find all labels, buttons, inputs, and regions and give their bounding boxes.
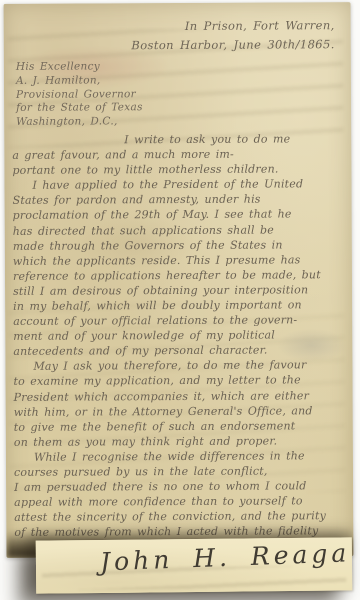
paragraph-request: May I ask you therefore, to do me the fa… [13,358,344,450]
body-line: has directed that such applications shal… [13,222,344,239]
body-line: in my behalf, which will be doubly impor… [13,297,344,314]
body-line: ment and of your knowledge of my politic… [13,327,344,344]
letter-content: In Prison, Fort Warren,Boston Harbor, Ju… [4,2,354,540]
body-line: still I am desirous of obtaining your in… [13,282,344,299]
body-line: account of your official relations to th… [13,312,344,329]
dateline: In Prison, Fort Warren,Boston Harbor, Ju… [12,16,343,56]
body-line: antecedents and of my personal character… [13,342,344,359]
body-line: I am persuaded there is no one to whom I… [14,478,345,495]
body-line: proclamation of the 29th of May. I see t… [13,207,344,224]
paragraph-opening: I write to ask you to do mea great favou… [12,131,343,178]
body-line: made through the Governors of the States… [13,237,344,254]
scanned-letter-photo: In Prison, Fort Warren,Boston Harbor, Ju… [0,0,360,600]
paragraph-application: I have applied to the President of the U… [12,176,344,359]
body-line: a great favour, and a much more im- [12,146,343,163]
body-line: with him, or in the Attorney General's O… [14,403,345,420]
body-line: States for pardon and amnesty, under his [13,191,344,208]
letter-page: In Prison, Fort Warren,Boston Harbor, Ju… [4,2,354,558]
address-line: Washington, D.C., [16,114,343,130]
paragraph-closing: While I recognise the wide differences i… [14,448,345,540]
dateline-line: Boston Harbor, June 30th/1865. [12,35,335,56]
body-line: portant one to my little motherless chil… [12,161,343,178]
body-line: I write to ask you to do me [124,131,343,147]
address-block: His ExcellencyA. J. Hamilton,Provisional… [16,59,343,130]
body-line: reference to applications hereafter to b… [13,267,344,284]
body-line: I have applied to the President of the U… [32,176,343,193]
body-line: to examine my application, and my letter… [13,373,344,390]
letter-body: I write to ask you to do mea great favou… [12,131,345,540]
body-line: which the applicants reside. This I pres… [13,252,344,269]
body-line: President which accompanies it, which ar… [14,388,345,405]
body-line: on them as you may think right and prope… [14,433,345,450]
signature-slip: John H. Reagan [36,537,353,593]
body-line: appeal with more confidence than to your… [14,493,345,510]
body-line: to give me the benefit of such an endors… [14,418,345,435]
body-line: courses pursued by us in the late confli… [14,463,345,480]
body-line: While I recognise the wide differences i… [34,448,345,465]
dateline-line: In Prison, Fort Warren, [12,16,335,37]
body-line: May I ask you therefore, to do me the fa… [33,358,344,375]
body-line: attest the sincerity of the conviction, … [14,508,345,525]
